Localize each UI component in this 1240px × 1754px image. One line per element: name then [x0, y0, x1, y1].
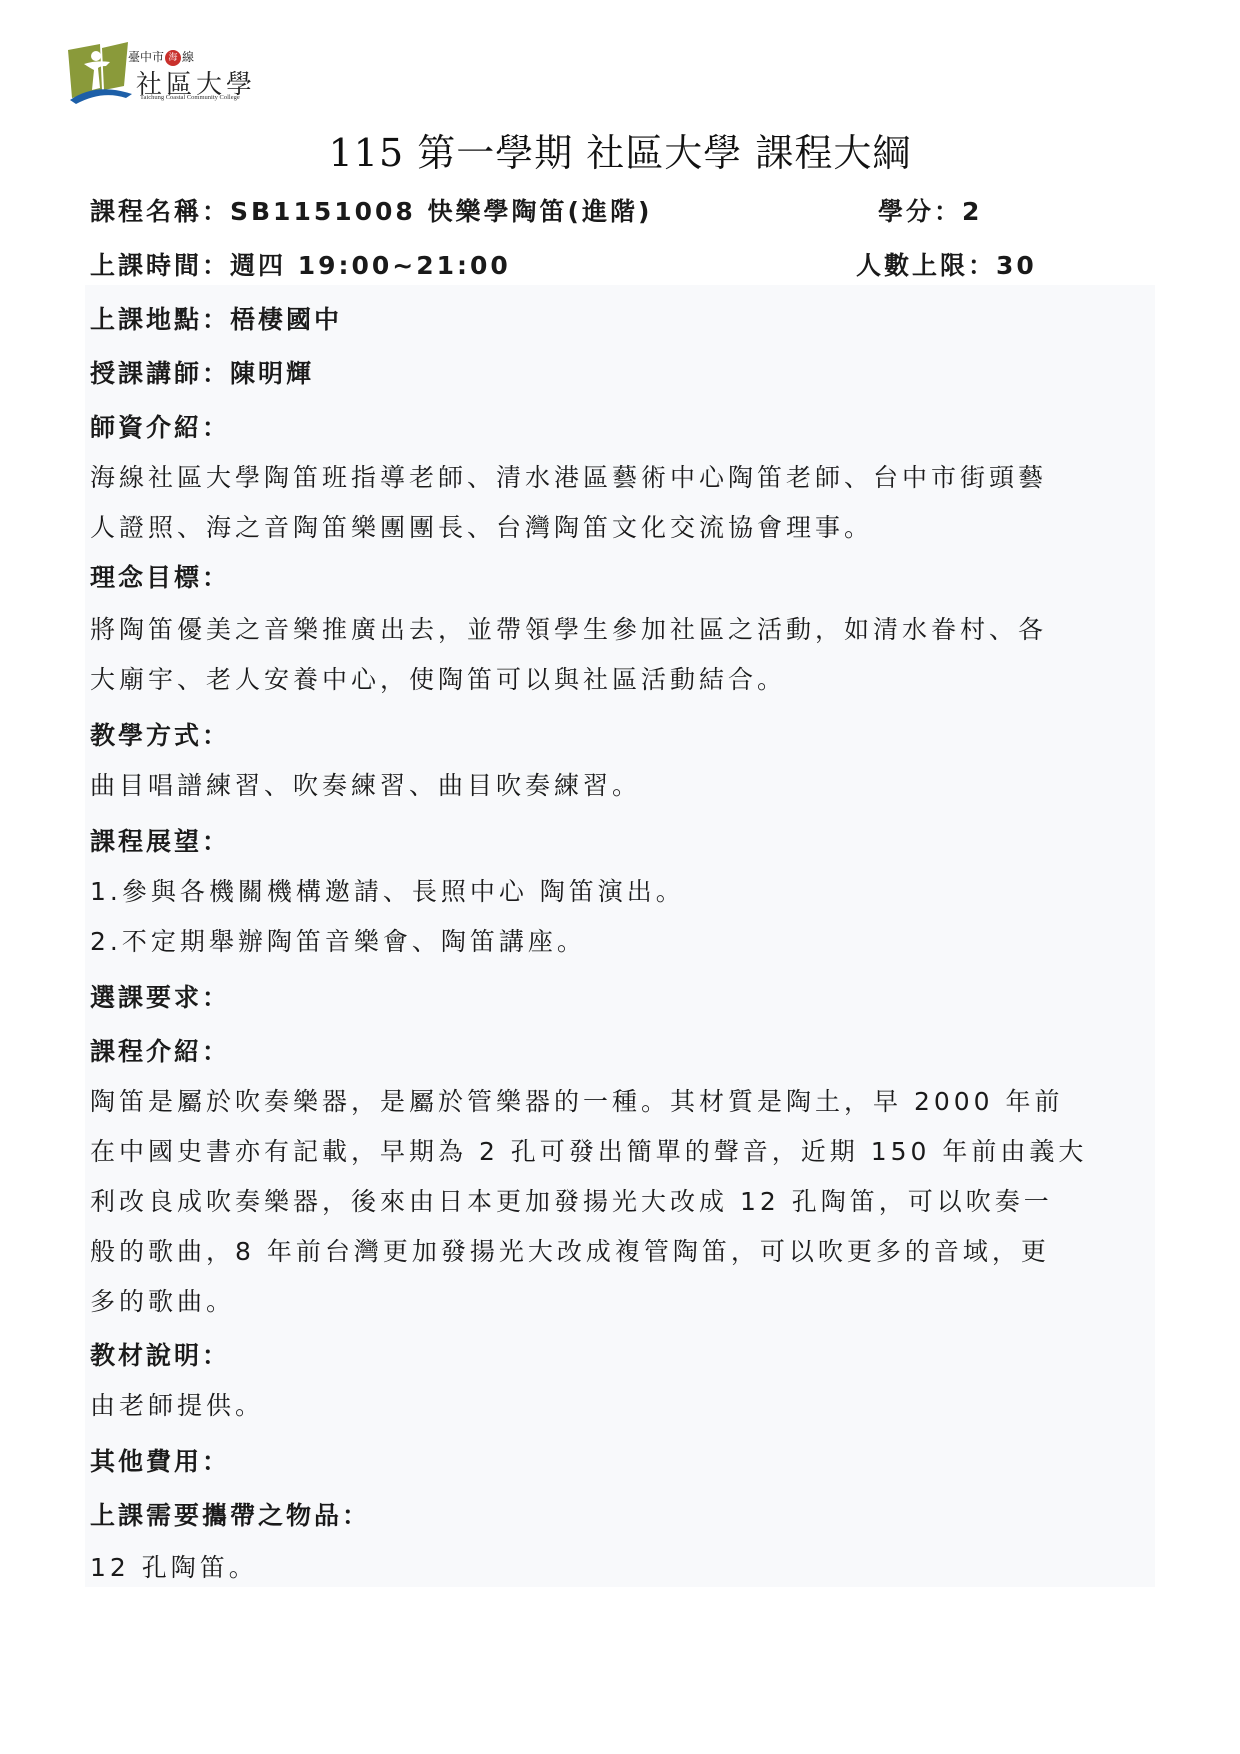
items-heading: 上課需要攜帶之物品：	[90, 1496, 370, 1532]
course-name: 課程名稱：SB1151008 快樂學陶笛(進階)	[90, 192, 652, 228]
intro-line: 多的歌曲。	[90, 1282, 235, 1318]
fees-heading: 其他費用：	[90, 1442, 230, 1478]
capacity: 人數上限：30	[856, 246, 1037, 282]
book-figure-icon	[66, 42, 136, 108]
method-heading: 教學方式：	[90, 716, 230, 752]
intro-heading: 課程介紹：	[90, 1032, 230, 1068]
method-text: 曲目唱譜練習、吹奏練習、曲目吹奏練習。	[90, 766, 641, 802]
logo-english-text: Taichung Coastal Community College	[140, 94, 240, 101]
goals-line: 將陶笛優美之音樂推廣出去，並帶領學生參加社區之活動，如清水眷村、各	[90, 610, 1047, 646]
outlook-heading: 課程展望：	[90, 822, 230, 858]
bio-line: 海線社區大學陶笛班指導老師、清水港區藝術中心陶笛老師、台中市街頭藝	[90, 458, 1047, 494]
materials-text: 由老師提供。	[90, 1386, 264, 1422]
intro-line: 般的歌曲，8 年前台灣更加發揚光大改成複管陶笛，可以吹更多的音域，更	[90, 1232, 1050, 1268]
instructor: 授課講師：陳明輝	[90, 354, 314, 390]
class-time: 上課時間：週四 19:00~21:00	[90, 246, 511, 282]
location: 上課地點：梧棲國中	[90, 300, 342, 336]
bio-line: 人證照、海之音陶笛樂團團長、台灣陶笛文化交流協會理事。	[90, 508, 873, 544]
outlook-item: 1.參與各機關機構邀請、長照中心 陶笛演出。	[90, 872, 685, 908]
credits: 學分：2	[878, 192, 982, 228]
intro-line: 在中國史書亦有記載，早期為 2 孔可發出簡單的聲音，近期 150 年前由義大	[90, 1132, 1087, 1168]
page-title: 115 第一學期 社區大學 課程大綱	[0, 122, 1240, 177]
outlook-item: 2.不定期舉辦陶笛音樂會、陶笛講座。	[90, 922, 586, 958]
logo-city-text: 臺中市海線	[128, 48, 194, 66]
goals-heading: 理念目標：	[90, 558, 230, 594]
items-text: 12 孔陶笛。	[90, 1548, 258, 1584]
requirements-heading: 選課要求：	[90, 978, 230, 1014]
intro-line: 利改良成吹奏樂器，後來由日本更加發揚光大改成 12 孔陶笛，可以吹奏一	[90, 1182, 1053, 1218]
materials-heading: 教材說明：	[90, 1336, 230, 1372]
college-logo: 臺中市海線 社區大學 Taichung Coastal Community Co…	[66, 42, 266, 108]
intro-line: 陶笛是屬於吹奏樂器，是屬於管樂器的一種。其材質是陶土，早 2000 年前	[90, 1082, 1064, 1118]
goals-line: 大廟宇、老人安養中心，使陶笛可以與社區活動結合。	[90, 660, 786, 696]
bio-heading: 師資介紹：	[90, 408, 230, 444]
